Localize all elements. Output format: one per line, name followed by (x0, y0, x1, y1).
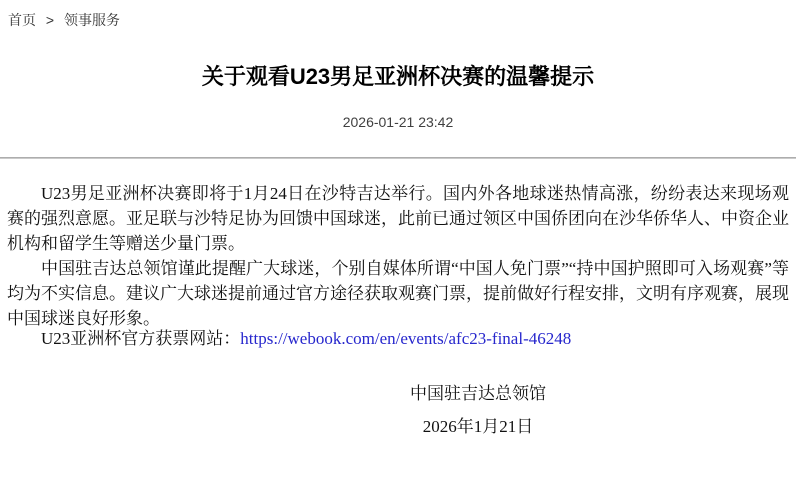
article-body: U23男足亚洲杯决赛即将于1月24日在沙特吉达举行。国内外各地球迷热情高涨，纷纷… (7, 181, 789, 439)
article-paragraph-1: U23男足亚洲杯决赛即将于1月24日在沙特吉达举行。国内外各地球迷热情高涨，纷纷… (7, 181, 789, 256)
ticket-site-label: U23亚洲杯官方获票网站： (41, 329, 240, 348)
signature-date: 2026年1月21日 (167, 414, 789, 439)
page: 首页 > 领事服务 关于观看U23男足亚洲杯决赛的温馨提示 2026-01-21… (0, 0, 796, 500)
signature-block: 中国驻吉达总领馆 2026年1月21日 (7, 381, 789, 439)
breadcrumb-separator: > (46, 12, 54, 28)
breadcrumb: 首页 > 领事服务 (0, 0, 796, 29)
breadcrumb-home-link[interactable]: 首页 (8, 12, 36, 28)
signature-org: 中国驻吉达总领馆 (167, 381, 789, 406)
title-divider (0, 157, 796, 159)
ticket-site-line: U23亚洲杯官方获票网站：https://webook.com/en/event… (7, 326, 789, 351)
article-paragraph-2: 中国驻吉达总领馆谨此提醒广大球迷，个别自媒体所谓“中国人免门票”“持中国护照即可… (7, 256, 789, 331)
breadcrumb-section-link[interactable]: 领事服务 (64, 12, 120, 28)
page-title: 关于观看U23男足亚洲杯决赛的温馨提示 (20, 62, 776, 92)
publish-timestamp: 2026-01-21 23:42 (0, 114, 796, 131)
ticket-site-link[interactable]: https://webook.com/en/events/afc23-final… (240, 329, 571, 348)
